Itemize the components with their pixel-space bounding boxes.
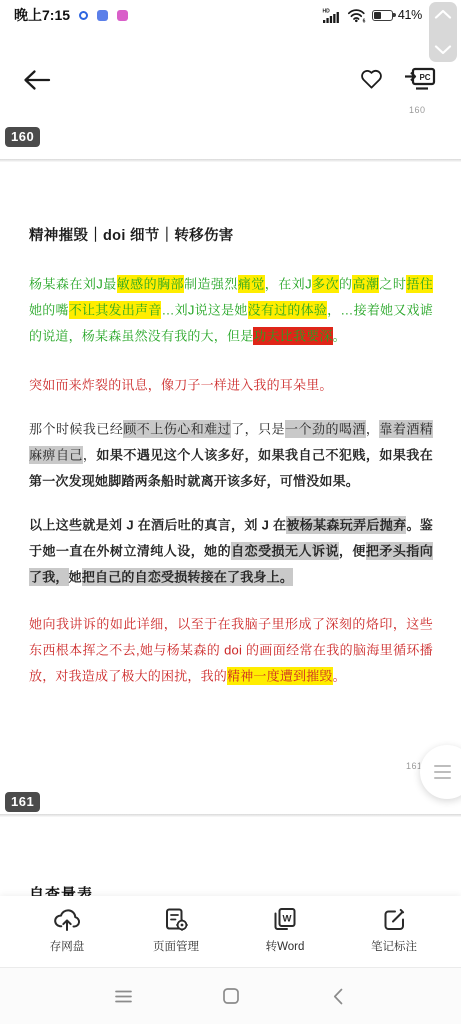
floating-menu-button[interactable] xyxy=(420,745,461,799)
battery-nub xyxy=(393,13,396,18)
notification-app-icon xyxy=(97,10,108,21)
chevron-up-icon[interactable] xyxy=(433,9,453,19)
text-segment: 。 xyxy=(333,327,346,345)
text-segment: 的 xyxy=(339,275,352,293)
heart-icon xyxy=(359,67,384,90)
text-segment: 多次 xyxy=(312,275,339,293)
text-segment: 她的嘴 xyxy=(29,301,69,319)
document-page: 精神摧毁｜doi 细节｜转移伤害 杨某森在刘J最敏感的胸部制造强烈痛觉，在刘J多… xyxy=(29,0,433,689)
svg-text:6: 6 xyxy=(362,19,365,24)
back-button[interactable] xyxy=(22,69,52,91)
page-badge-161: 161 xyxy=(5,792,40,812)
text-segment: 功夫比我要深 xyxy=(253,327,332,345)
wifi-icon: 6 xyxy=(347,7,367,23)
toolbar-label: 存网盘 xyxy=(50,938,85,954)
battery-icon xyxy=(372,10,393,21)
nav-home-button[interactable] xyxy=(219,984,243,1008)
send-to-pc-icon: PC xyxy=(404,64,438,94)
svg-text:PC: PC xyxy=(419,73,430,82)
battery-fill xyxy=(374,12,381,19)
text-segment: …刘J说这是她 xyxy=(161,301,247,319)
home-square-icon xyxy=(223,988,239,1004)
clipped-next-heading: 自查量表 xyxy=(29,883,349,896)
text-segment: ，在刘J xyxy=(265,275,312,293)
cloud-upload-icon xyxy=(52,906,82,933)
text-segment: 把自己的自恋受损转接在了我身上。 xyxy=(82,568,293,586)
favorite-button[interactable] xyxy=(359,67,384,90)
text-segment: 制造强烈 xyxy=(184,275,238,293)
menu-lines-icon xyxy=(434,765,451,783)
text-segment: 被杨某森玩弄后抛弃 xyxy=(286,516,406,534)
send-to-pc-button[interactable]: PC xyxy=(404,64,438,94)
svg-text:HD: HD xyxy=(322,8,330,14)
alarm-ring-icon xyxy=(79,11,88,20)
clock-time: 晚上7:15 xyxy=(14,5,70,25)
text-segment: ， xyxy=(366,420,379,438)
paragraph-container: 杨某森在刘J最敏感的胸部制造强烈痛觉，在刘J多次的高潮之时捂住她的嘴不让其发出声… xyxy=(29,271,433,689)
nav-back-button[interactable] xyxy=(326,984,350,1008)
text-segment: 之时 xyxy=(379,275,406,293)
page-manage-icon xyxy=(163,906,190,933)
note-annotate-icon xyxy=(381,906,408,933)
toolbar-label: 页面管理 xyxy=(153,938,199,954)
text-segment: 顾不上伤心和难过 xyxy=(123,420,231,438)
bottom-toolbar: 存网盘 页面管理 W 转Word xyxy=(0,896,461,967)
paragraph: 杨某森在刘J最敏感的胸部制造强烈痛觉，在刘J多次的高潮之时捂住她的嘴不让其发出声… xyxy=(29,271,433,349)
system-nav-bar xyxy=(0,967,461,1024)
status-left-cluster: 晚上7:15 xyxy=(14,5,128,25)
text-segment: 不让其发出声音 xyxy=(69,301,162,319)
page-separator-bottom xyxy=(0,814,461,817)
note-annotate-button[interactable]: 笔记标注 xyxy=(361,906,427,967)
menu-icon xyxy=(115,990,132,1003)
text-segment: 以上这些就是刘 J 在酒后吐的真言，刘 J 在 xyxy=(29,516,286,534)
text-segment: 捂住 xyxy=(406,275,433,293)
save-to-cloud-button[interactable]: 存网盘 xyxy=(34,906,100,967)
text-segment: 。 xyxy=(333,667,346,685)
text-segment: 了，只是 xyxy=(231,420,285,438)
text-segment: 敏感的胸部 xyxy=(117,275,184,293)
notification-app-icon-2 xyxy=(117,10,128,21)
status-right-cluster: HD 6 41% xyxy=(322,7,422,24)
toolbar-label: 笔记标注 xyxy=(371,938,417,954)
text-segment: 那个时候我已经 xyxy=(29,420,123,438)
text-segment: 自恋受损无人诉说 xyxy=(231,542,339,560)
text-segment: ， xyxy=(83,446,96,464)
paragraph: 她向我讲诉的如此详细，以至于在我脑子里形成了深刻的烙印，这些东西根本挥之不去,她… xyxy=(29,611,433,689)
paragraph: 以上这些就是刘 J 在酒后吐的真言，刘 J 在被杨某森玩弄后抛弃。鉴于她一直在外… xyxy=(29,512,433,590)
word-convert-icon: W xyxy=(271,906,299,933)
back-chevron-icon xyxy=(333,988,343,1005)
document-title: 精神摧毁｜doi 细节｜转移伤害 xyxy=(29,224,433,245)
text-segment: 一个劲的喝酒 xyxy=(285,420,366,438)
app-bar: PC xyxy=(0,58,461,102)
nav-menu-button[interactable] xyxy=(112,984,136,1008)
text-segment: 痛觉 xyxy=(238,275,265,293)
text-segment: 她 xyxy=(69,568,82,586)
paragraph: 突如而来炸裂的讯息，像刀子一样进入我的耳朵里。 xyxy=(29,372,433,398)
text-segment: 没有过的体验 xyxy=(248,301,327,319)
svg-text:W: W xyxy=(283,914,292,925)
status-bar: 晚上7:15 HD 6 41% xyxy=(0,0,461,30)
page-scroll-control[interactable] xyxy=(429,2,457,62)
text-segment: 杨某森在刘J最 xyxy=(29,275,117,293)
back-arrow-icon xyxy=(22,69,51,91)
signal-strength-icon: HD xyxy=(322,7,342,24)
text-segment: ，便 xyxy=(339,542,366,560)
paragraph: 那个时候我已经顾不上伤心和难过了，只是一个劲的喝酒，靠着酒精麻痹自己，如果不遇见… xyxy=(29,416,433,494)
text-segment: 高潮 xyxy=(352,275,379,293)
toolbar-label: 转Word xyxy=(266,938,305,954)
convert-to-word-button[interactable]: W 转Word xyxy=(252,906,318,967)
page-manage-button[interactable]: 页面管理 xyxy=(143,906,209,967)
chevron-down-icon[interactable] xyxy=(433,45,453,55)
text-segment: 突如而来炸裂的讯息，像刀子一样进入我的耳朵里。 xyxy=(29,376,333,394)
text-segment: 精神一度遭到摧毁 xyxy=(227,667,333,685)
battery-percent: 41% xyxy=(398,8,422,22)
